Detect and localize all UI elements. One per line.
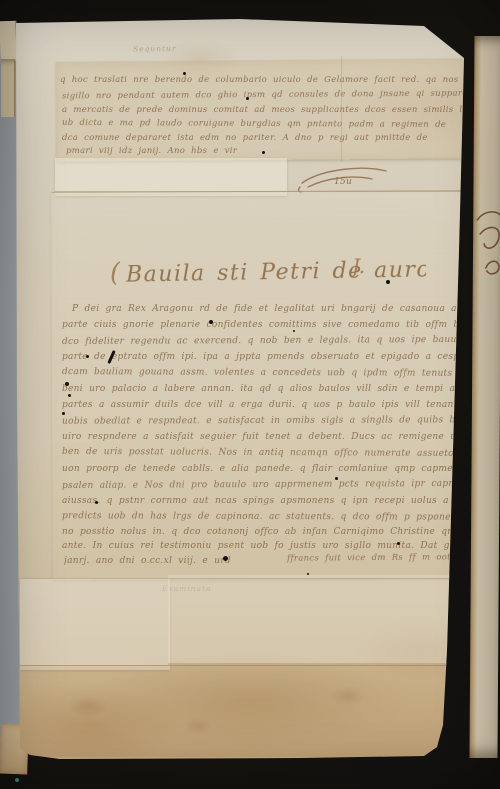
notary-signature: ffrancs fuit vice dm Rs ff m oot xyxy=(287,552,467,564)
ink-spot xyxy=(62,412,65,415)
handwritten-line: ante. In cuius rei testimoniu psent uob … xyxy=(62,541,474,551)
ink-spot xyxy=(183,72,186,75)
slip-seam xyxy=(20,578,468,579)
handwritten-line: uon proorp de tenede cablls. e alia pane… xyxy=(62,464,474,474)
handwritten-line: a mercatis de prede dominus comitat ad m… xyxy=(62,105,474,115)
heading-flourish-right: J. xyxy=(352,254,365,278)
ink-spot xyxy=(293,330,295,332)
slip-seam xyxy=(55,191,475,192)
handwritten-line: ub dicta e ma pd laudo coruigune burgdia… xyxy=(62,118,474,130)
handwritten-line: aiussas. q pstnr cornmo aut ncas spings … xyxy=(62,496,474,506)
handwritten-line: uiro respndere a satisfait seguier fuit … xyxy=(62,432,474,442)
handwritten-line: parte ciuis gnorie plenarie confidentes … xyxy=(62,320,474,330)
manuscript-page: Sequntur q hoc traslati nre berendo de c… xyxy=(0,0,500,789)
ink-spot xyxy=(86,355,89,358)
binding-tab-upper xyxy=(1,59,15,117)
flourish-number: 15u xyxy=(334,177,352,187)
ink-spot xyxy=(307,573,309,575)
handwritten-line: dca comune depararet ista edm no pariter… xyxy=(62,133,474,143)
handwritten-line: parte de eptrato offm ipi. ipa a jppta p… xyxy=(62,352,474,362)
handwritten-line: uobis obediat e respndeat. e satisfacat … xyxy=(62,415,474,426)
handwritten-line: partes a assumir duils dce vill a erga d… xyxy=(62,400,474,410)
handwritten-line: dcam bauliam gouana assm. volentes a con… xyxy=(62,367,474,379)
ink-spot xyxy=(65,382,69,386)
handwritten-line: predicts uob dn has lrgs de capinona. ac… xyxy=(62,511,474,522)
folio-ink-mark-icon xyxy=(476,208,500,280)
bottom-slip-right xyxy=(168,575,468,665)
manuscript-photo: Sequntur q hoc traslati nre berendo de c… xyxy=(0,0,500,789)
ink-spot xyxy=(335,477,338,480)
ink-spot xyxy=(95,501,98,504)
ink-spot xyxy=(262,151,265,154)
ink-spot xyxy=(209,320,213,324)
ink-blot xyxy=(223,556,228,561)
next-folio-edge xyxy=(469,36,500,758)
handwritten-line: no posstio nolus in. q dco cotanonj offc… xyxy=(62,527,474,537)
stained-bottom-band xyxy=(18,665,454,757)
ink-spot xyxy=(246,97,249,100)
binding-tab-top xyxy=(0,21,18,62)
charter-heading: Bauila sti Petri de auro xyxy=(126,257,426,287)
handwritten-line: beni uro palacio a labere annan. ita qd … xyxy=(62,384,474,394)
bottom-slip-left xyxy=(20,578,170,670)
notarial-flourish: 15u xyxy=(296,163,390,193)
ink-spot xyxy=(386,280,390,284)
handwritten-line: ben de uris posstat uolucris. Nos in ant… xyxy=(62,447,474,459)
handwritten-line: pmari viij idz janij. Ano hbs e vir xyxy=(66,146,266,156)
handwritten-line: q hoc traslati nre berendo de columbario… xyxy=(60,75,472,85)
green-speck xyxy=(15,778,19,782)
ink-spot xyxy=(397,542,400,545)
handwritten-line: P dei gra Rex Aragonu rd de fide et lega… xyxy=(72,304,472,314)
vertical-crease xyxy=(341,56,342,162)
faint-top-label: Sequntur xyxy=(133,43,203,53)
heading-flourish-left: ( xyxy=(110,258,120,288)
charter-date-line: janrj. ano dni o.cc.xl viij. e urd xyxy=(64,556,264,566)
ink-spot xyxy=(68,394,71,397)
